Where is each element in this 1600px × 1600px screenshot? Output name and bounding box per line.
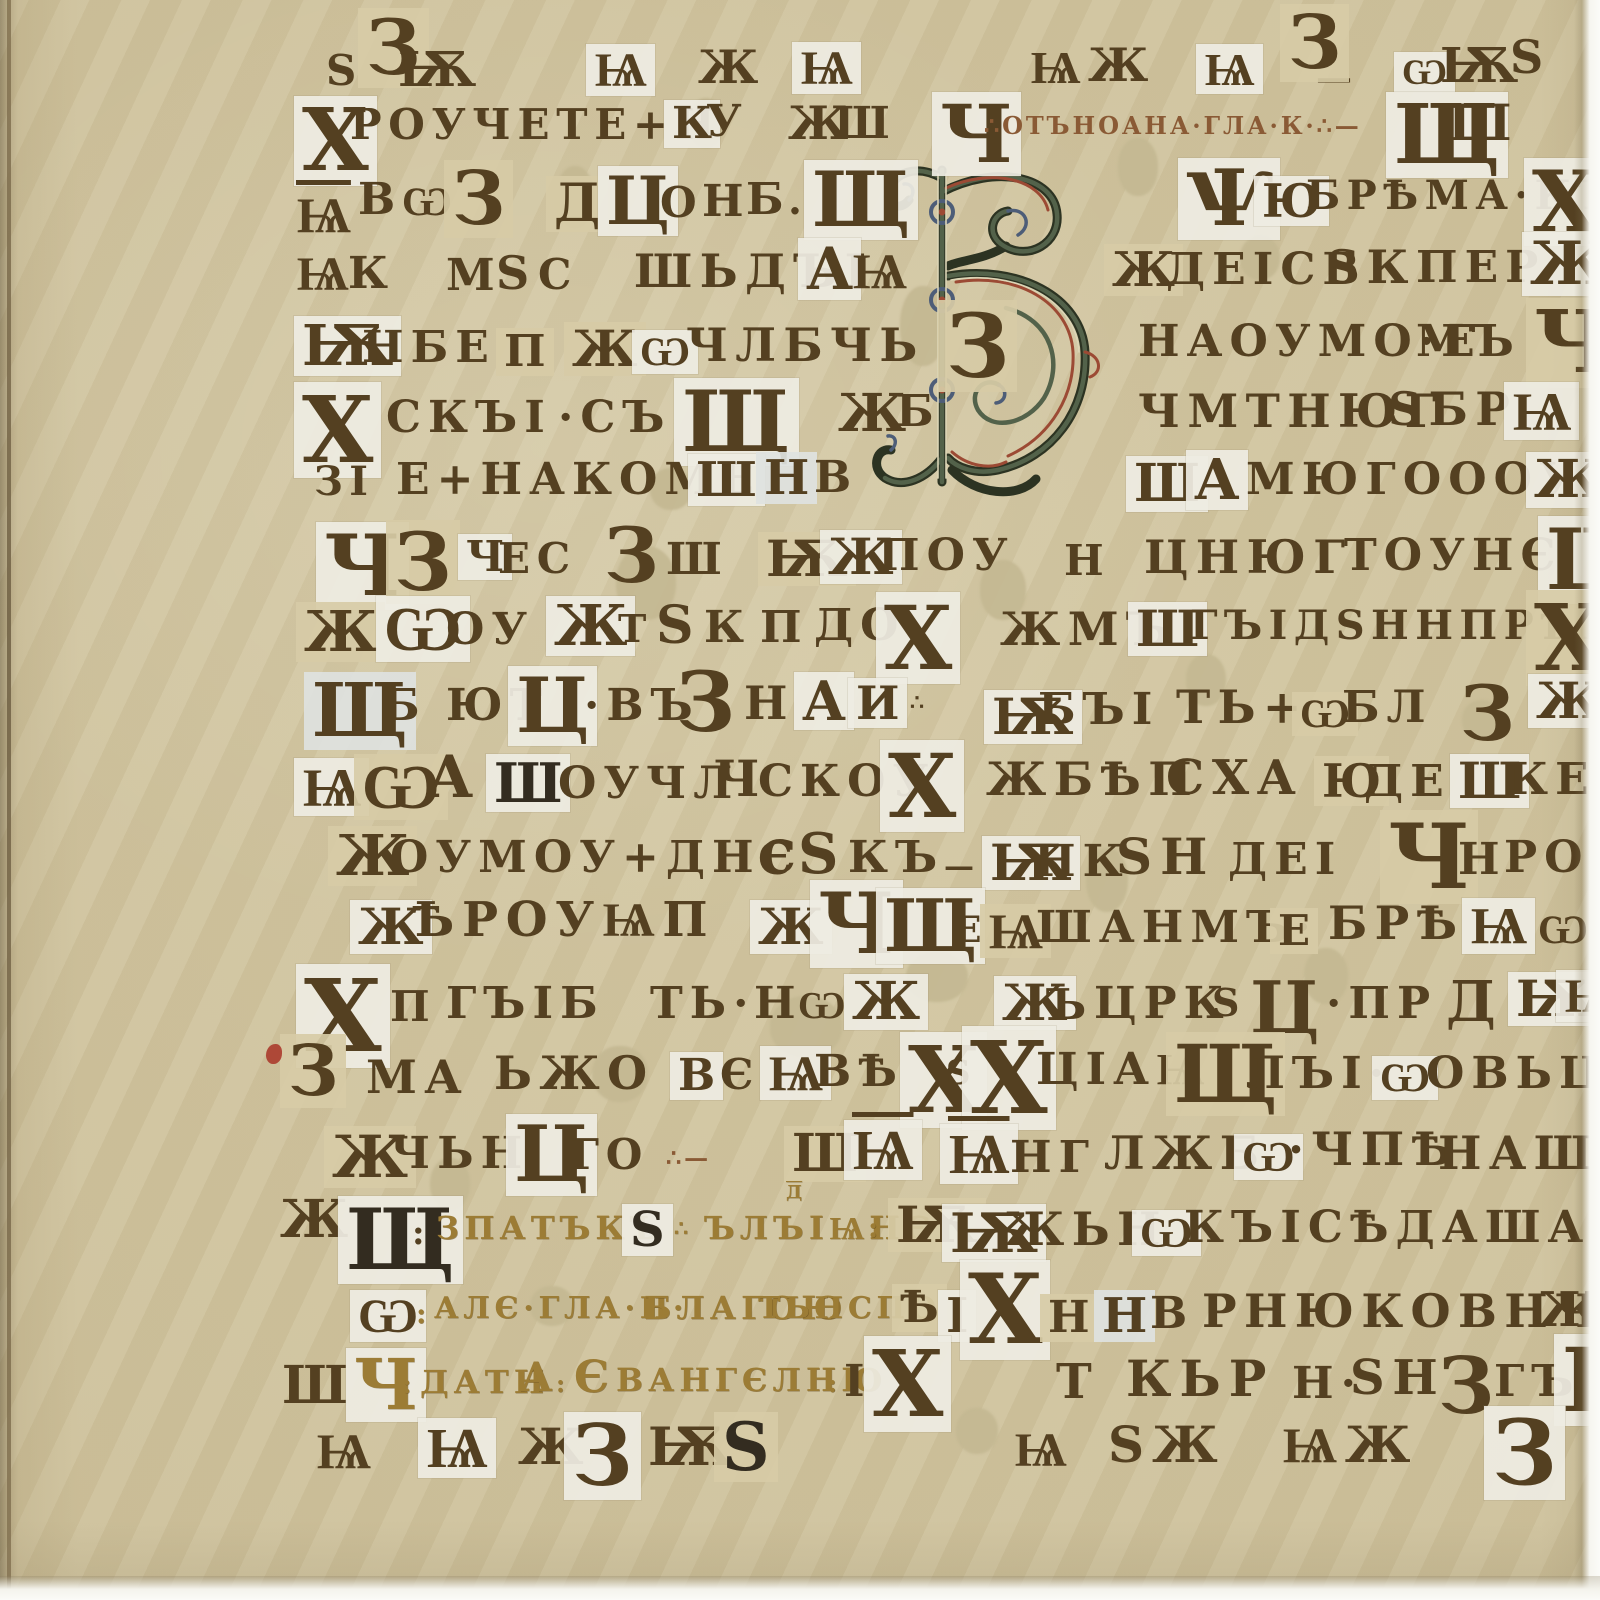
- letter-glyph-line7: Ш: [688, 454, 765, 506]
- letter-glyph-line19: Є: [574, 1356, 609, 1400]
- letter-glyph-line18: В: [1150, 1292, 1187, 1336]
- letter-glyph-line20: Ѩ: [1014, 1426, 1067, 1474]
- page-edge-right: [1574, 0, 1600, 1600]
- letter-glyph-line8: З: [604, 518, 659, 594]
- letter-glyph-line15: З: [280, 1034, 346, 1108]
- letter-glyph-line16: ГО: [570, 1134, 649, 1176]
- letter-glyph-line15: Є: [720, 1054, 753, 1096]
- letter-glyph-line19: Ш: [282, 1360, 348, 1412]
- letter-glyph-line15: ЛЪІ·: [1246, 1052, 1391, 1096]
- letter-glyph-line16: Ѩ: [844, 1120, 922, 1180]
- page-fold-left: [7, 0, 11, 1600]
- letter-glyph-line6: СКЪІ: [386, 396, 552, 440]
- letter-glyph-line10: БЛ: [1342, 686, 1433, 730]
- letter-glyph-line6: Б: [896, 390, 934, 434]
- letter-glyph-line12: Н: [1458, 838, 1500, 882]
- letter-glyph-line18: Х: [960, 1260, 1050, 1360]
- letter-glyph-line19: :: [402, 1372, 412, 1398]
- letter-glyph-line3: ·: [788, 192, 802, 232]
- letter-glyph-line14: Ъ: [1046, 984, 1086, 1026]
- letter-glyph-line1: Ѕ: [326, 50, 356, 92]
- letter-glyph-line15: В: [670, 1052, 723, 1100]
- letter-glyph-line14: Ѕ: [1212, 984, 1239, 1022]
- manuscript-page: ЅЗѬѨЖѨѨЖѨ—ЗѠѬЅХРОУЧЕТЕ+НКУЖШЧ∴ОТЪНОАНА·Г…: [0, 0, 1600, 1600]
- letter-glyph-line13: БРѢ: [1328, 900, 1464, 946]
- letter-glyph-line11: ОУЧЛ: [558, 762, 739, 806]
- letter-glyph-line13: Е: [1270, 908, 1318, 954]
- letter-glyph-line14: Ж: [844, 974, 928, 1030]
- letter-glyph-line20: Ѩ: [316, 1426, 371, 1476]
- letter-glyph-line10: Б: [382, 684, 420, 728]
- letter-glyph-line10: А: [794, 672, 854, 730]
- letter-glyph-line11: А: [426, 748, 473, 806]
- letter-glyph-line2: У: [706, 100, 742, 144]
- letter-glyph-line11: СХА: [1166, 754, 1304, 802]
- letter-glyph-line9: Ж: [296, 602, 385, 662]
- letter-glyph-line1: Ѩ: [792, 42, 861, 94]
- letter-glyph-line17: ∴: [674, 1218, 688, 1240]
- letter-glyph-line1: Ж: [1088, 42, 1148, 88]
- letter-glyph-line4: Ѩ: [296, 250, 349, 298]
- letter-glyph-line14: Д: [1446, 974, 1496, 1030]
- letter-glyph-line7: А: [1186, 450, 1248, 510]
- letter-glyph-line1: З: [1280, 4, 1349, 82]
- letter-glyph-line10: ∴: [910, 692, 924, 714]
- letter-glyph-line12: ЅН: [1116, 832, 1215, 882]
- letter-glyph-line13: Ѩ: [1462, 898, 1535, 954]
- letter-glyph-line8: Ш: [666, 538, 722, 582]
- letter-glyph-line15: МА: [366, 1054, 469, 1100]
- letter-glyph-line3: Щ: [804, 160, 918, 240]
- erased-smudge: [1118, 138, 1158, 196]
- letter-glyph-line13: Е: [954, 912, 981, 948]
- letter-glyph-line20: З: [564, 1412, 641, 1500]
- letter-glyph-line11: Ч: [714, 754, 760, 804]
- letter-glyph-line7: Н: [756, 452, 817, 504]
- letter-glyph-line19: Х: [864, 1336, 951, 1432]
- letter-glyph-line4: К: [348, 252, 388, 296]
- letter-glyph-line1: Ѭ: [398, 46, 476, 94]
- letter-glyph-line3: З: [444, 160, 513, 238]
- letter-glyph-line9: П: [760, 606, 802, 650]
- letter-glyph-line9: К: [704, 606, 744, 650]
- letter-glyph-line17: Ѕ: [622, 1204, 673, 1256]
- letter-glyph-line7: ЗІ: [314, 462, 374, 502]
- letter-glyph-line19: Т: [1056, 1358, 1092, 1406]
- page-edge-bottom: [0, 1576, 1600, 1600]
- letter-glyph-line17: Д: [786, 1184, 802, 1202]
- letter-glyph-line4: Ѕ: [496, 250, 529, 296]
- letter-glyph-line6: ·СЪ: [558, 396, 672, 440]
- letter-glyph-line18: :: [416, 1300, 426, 1328]
- letter-glyph-line2: ∴ОТЪНОАНА·ГЛА·К·∴—: [984, 114, 1362, 138]
- letter-glyph-line1: Ѭ: [1440, 42, 1518, 90]
- letter-glyph-line14: Н: [754, 982, 796, 1026]
- letter-glyph-line11: Х: [880, 740, 964, 832]
- letter-glyph-line8: Н: [1064, 540, 1104, 582]
- letter-glyph-line1: Ѩ: [1196, 44, 1263, 94]
- letter-glyph-line3: Н: [702, 180, 744, 224]
- letter-glyph-line10: БЪІ: [1038, 688, 1159, 732]
- letter-glyph-line19: І: [844, 1360, 865, 1404]
- letter-glyph-line14: ГЪІБ: [446, 982, 605, 1026]
- letter-glyph-line17: :: [868, 1214, 878, 1242]
- letter-glyph-line2: Ш: [1448, 98, 1511, 148]
- letter-glyph-line18: Н: [1040, 1294, 1098, 1342]
- letter-glyph-line14: ЦРК: [1094, 982, 1231, 1026]
- letter-glyph-line11: ДЕ: [1364, 760, 1451, 804]
- letter-glyph-line2: Ш: [834, 102, 890, 146]
- letter-glyph-line1: Ѩ: [1030, 44, 1081, 90]
- letter-glyph-line9: ОУ: [446, 608, 534, 652]
- letter-glyph-line12: С: [758, 838, 793, 882]
- letter-glyph-line18: Н: [1094, 1290, 1155, 1342]
- letter-glyph-line20: З: [1484, 1406, 1565, 1500]
- letter-glyph-line15: ВѢ: [814, 1050, 904, 1094]
- letter-glyph-line4: М: [446, 254, 495, 298]
- letter-glyph-line5: З: [938, 300, 1017, 392]
- letter-glyph-line18: Ѡ: [350, 1290, 426, 1342]
- letter-glyph-line12: ОУМОУ+ДНЄ: [390, 836, 803, 880]
- letter-glyph-line7: В: [814, 456, 851, 500]
- letter-glyph-line16: НГ: [1010, 1136, 1096, 1180]
- letter-glyph-line10: И: [848, 678, 907, 728]
- letter-glyph-line10: З: [676, 662, 735, 744]
- letter-glyph-line17: :: [412, 1216, 425, 1250]
- letter-glyph-line4: С: [538, 254, 571, 296]
- letter-glyph-line9: Т: [618, 610, 646, 648]
- letter-glyph-line3: В: [358, 178, 395, 222]
- letter-glyph-line4: ЅК: [1326, 244, 1416, 290]
- letter-glyph-line14: Ѡ: [798, 986, 846, 1024]
- letter-glyph-line3: Б: [746, 178, 784, 222]
- letter-glyph-line19: КЬР: [1126, 1354, 1274, 1404]
- letter-glyph-line1: Ѩ: [586, 44, 655, 96]
- erased-smudge: [956, 1408, 998, 1454]
- letter-glyph-line1: Ѕ: [1510, 34, 1543, 80]
- letter-glyph-line12: —: [944, 852, 974, 882]
- letter-glyph-line19: А: [520, 1358, 553, 1398]
- letter-glyph-line10: З: [1460, 676, 1515, 752]
- letter-glyph-line5: ЧЛБЧЬ: [686, 322, 925, 368]
- letter-glyph-line17: КЪІСѢДАША+: [1184, 1206, 1600, 1250]
- letter-glyph-line20: Ѕ: [714, 1412, 778, 1482]
- letter-glyph-line13: ѢРОУѨП: [412, 896, 715, 944]
- letter-glyph-line8: ЕС: [498, 538, 577, 580]
- letter-glyph-line15: ЬЖО: [494, 1050, 654, 1096]
- letter-glyph-line9: Х: [876, 592, 960, 684]
- letter-glyph-line16: ·ЧПѢ: [1288, 1126, 1459, 1172]
- letter-glyph-line5: П: [496, 328, 554, 376]
- letter-glyph-line6: Ѩ: [1504, 382, 1579, 440]
- letter-glyph-line8: ПОУ: [878, 534, 1015, 578]
- letter-glyph-line10: Н: [744, 680, 787, 726]
- letter-glyph-line1: Ж: [698, 44, 758, 90]
- letter-glyph-line5: МЪ: [1416, 320, 1521, 364]
- letter-glyph-line16: ∴—: [666, 1146, 711, 1170]
- letter-glyph-line20: Ѩ: [418, 1418, 496, 1478]
- letter-glyph-line19: ЅН: [1350, 1354, 1445, 1402]
- letter-glyph-line5: НБЕ: [362, 326, 496, 370]
- letter-glyph-line20: ЅЖ: [1108, 1420, 1226, 1470]
- letter-glyph-line16: Ѩ: [940, 1124, 1018, 1184]
- letter-glyph-line8: ТОУНЄ: [1344, 534, 1563, 578]
- letter-glyph-line3: О: [660, 182, 697, 224]
- letter-glyph-line3: Ѩ: [296, 190, 351, 240]
- letter-glyph-line9: Ѕ: [656, 600, 694, 652]
- letter-glyph-line6: ЅБР: [1388, 386, 1517, 432]
- letter-glyph-line8: ЦНЮГ: [1144, 534, 1352, 580]
- letter-glyph-line14: ·ПР: [1326, 982, 1437, 1026]
- letter-glyph-line10: ТЬ+: [1176, 684, 1309, 730]
- letter-glyph-line20: ѨЖ: [1282, 1420, 1419, 1470]
- letter-glyph-line19: :: [556, 1372, 565, 1396]
- letter-glyph-line14: П: [390, 986, 430, 1028]
- letter-glyph-line19: :: [828, 1372, 837, 1396]
- letter-glyph-line12: ДЕІ: [1228, 838, 1342, 882]
- letter-glyph-line19: Ч: [346, 1348, 426, 1422]
- letter-glyph-line4: Ѩ: [852, 246, 907, 296]
- letter-glyph-line14: ТЬ·: [650, 982, 756, 1026]
